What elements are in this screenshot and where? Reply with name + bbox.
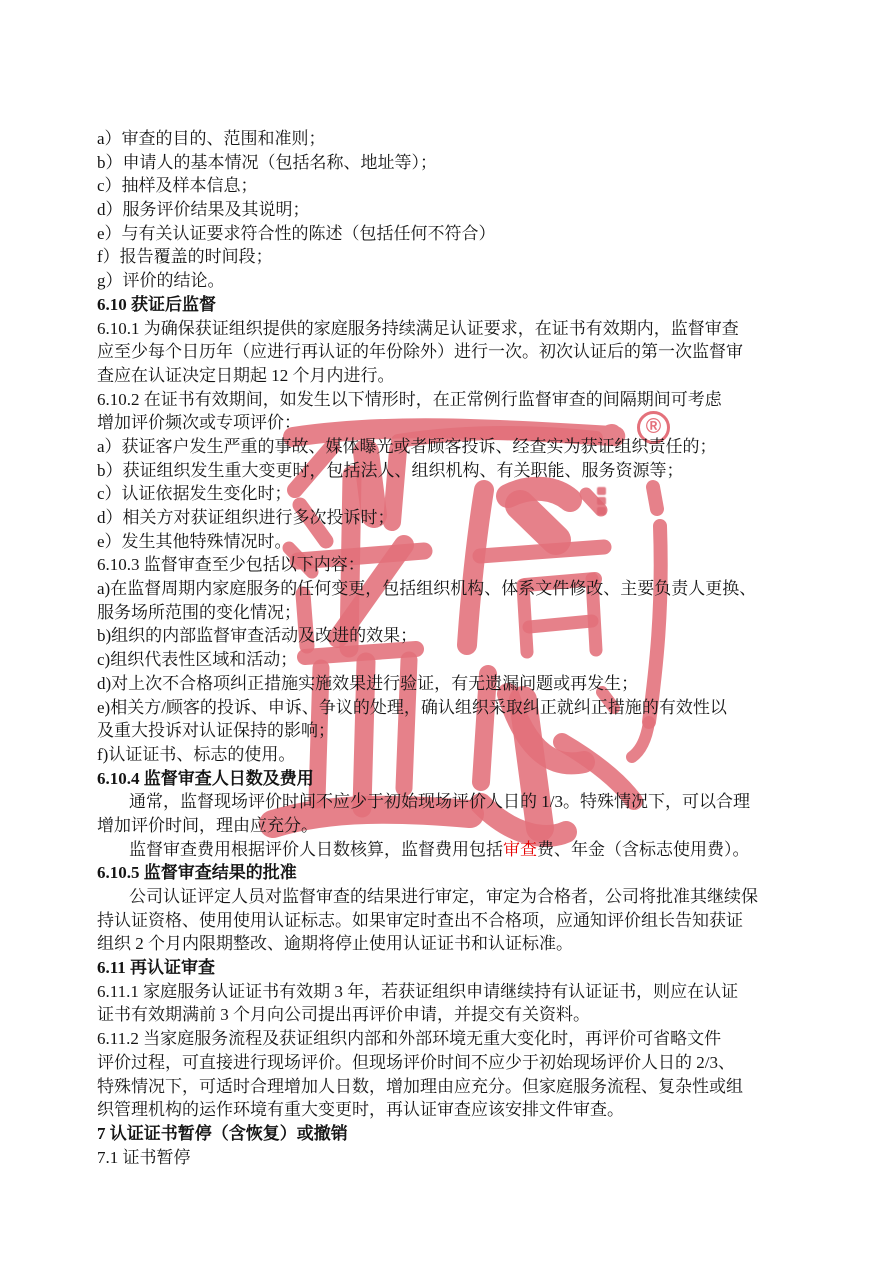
- text-line: 服务场所范围的变化情况；: [97, 601, 797, 625]
- text-line: a）获证客户发生严重的事故、媒体曝光或者顾客投诉、经查实为获证组织责任的；: [97, 435, 797, 459]
- text-line: 6.11.1 家庭服务认证证书有效期 3 年，若获证组织申请继续持有认证证书，则…: [97, 980, 797, 1004]
- text-line: 通常，监督现场评价时间不应少于初始现场评价人日的 1/3。特殊情况下，可以合理: [97, 790, 797, 814]
- text-line: c）抽样及样本信息；: [97, 174, 797, 198]
- text-line: 7.1 证书暂停: [97, 1146, 797, 1170]
- text-line: 6.10.3 监督审查至少包括以下内容：: [97, 553, 797, 577]
- text-line: 特殊情况下，可适时合理增加人日数，增加理由应充分。但家庭服务流程、复杂性或组: [97, 1075, 797, 1099]
- text-line: 证书有效期满前 3 个月向公司提出再评价申请，并提交有关资料。: [97, 1003, 797, 1027]
- text-line: 7 认证证书暂停（含恢复）或撤销: [97, 1122, 797, 1146]
- document-page: { "watermark": { "registered_mark": "®",…: [0, 0, 892, 1262]
- text-line: 增加评价频次或专项评价：: [97, 411, 797, 435]
- text-line: 及重大投诉对认证保持的影响；: [97, 719, 797, 743]
- text-line: b）申请人的基本情况（包括名称、地址等）；: [97, 151, 797, 175]
- text-line: 6.10.1 为确保获证组织提供的家庭服务持续满足认证要求，在证书有效期内，监督…: [97, 317, 797, 341]
- text-line: d）相关方对获证组织进行多次投诉时；: [97, 506, 797, 530]
- text-line: e）与有关认证要求符合性的陈述（包括任何不符合）: [97, 222, 797, 246]
- text-line: b）获证组织发生重大变更时，包括法人、组织机构、有关职能、服务资源等；: [97, 459, 797, 483]
- text-line: d)对上次不合格项纠正措施实施效果进行验证，有无遗漏问题或再发生；: [97, 672, 797, 696]
- text-line: 6.10.4 监督审查人日数及费用: [97, 767, 797, 791]
- text-line: 织管理机构的运作环境有重大变更时，再认证审查应该安排文件审查。: [97, 1098, 797, 1122]
- text-line: 6.11.2 当家庭服务流程及获证组织内部和外部环境无重大变化时，再评价可省略文…: [97, 1027, 797, 1051]
- text-line: a)在监督周期内家庭服务的任何变更，包括组织机构、体系文件修改、主要负责人更换、: [97, 577, 797, 601]
- page-background: ® a）审查的目的、范围和准则；b）申请人的基本情况（包括名称、地址等）；c）抽…: [0, 0, 892, 1262]
- text-line: 查应在认证决定日期起 12 个月内进行。: [97, 364, 797, 388]
- text-line: 评价过程，可直接进行现场评价。但现场评价时间不应少于初始现场评价人日的 2/3、: [97, 1051, 797, 1075]
- document-text: a）审查的目的、范围和准则；b）申请人的基本情况（包括名称、地址等）；c）抽样及…: [97, 127, 797, 1169]
- highlighted-text: 审查: [503, 840, 537, 859]
- text-line: c）认证依据发生变化时；: [97, 482, 797, 506]
- text-line: d）服务评价结果及其说明；: [97, 198, 797, 222]
- text-line: e）发生其他特殊情况时。: [97, 530, 797, 554]
- text-line: 6.10.2 在证书有效期间，如发生以下情形时，在正常例行监督审查的间隔期间可考…: [97, 388, 797, 412]
- text-line: 监督审查费用根据评价人日数核算，监督费用包括审查费、年金（含标志使用费）。: [97, 838, 797, 862]
- text-line: 增加评价时间，理由应充分。: [97, 814, 797, 838]
- text-line: 持认证资格、使用使用认证标志。如果审定时查出不合格项，应通知评价组长告知获证: [97, 909, 797, 933]
- text-line: a）审查的目的、范围和准则；: [97, 127, 797, 151]
- text-line: 6.10.5 监督审查结果的批准: [97, 861, 797, 885]
- text-line: 6.11 再认证审查: [97, 956, 797, 980]
- text-line: f)认证证书、标志的使用。: [97, 743, 797, 767]
- text-line: 公司认证评定人员对监督审查的结果进行审定，审定为合格者，公司将批准其继续保: [97, 885, 797, 909]
- text-line: 应至少每个日历年（应进行再认证的年份除外）进行一次。初次认证后的第一次监督审: [97, 340, 797, 364]
- text-line: f）报告覆盖的时间段；: [97, 245, 797, 269]
- text-line: e)相关方/顾客的投诉、申诉、争议的处理，确认组织采取纠正就纠正措施的有效性以: [97, 696, 797, 720]
- text-line: 6.10 获证后监督: [97, 293, 797, 317]
- text-line: b)组织的内部监督审查活动及改进的效果；: [97, 624, 797, 648]
- text-line: 组织 2 个月内限期整改、逾期将停止使用认证证书和认证标准。: [97, 932, 797, 956]
- text-segment: 监督审查费用根据评价人日数核算，监督费用包括: [129, 840, 503, 859]
- text-segment: 费、年金（含标志使用费）。: [537, 840, 750, 859]
- text-line: c)组织代表性区域和活动；: [97, 648, 797, 672]
- text-line: g）评价的结论。: [97, 269, 797, 293]
